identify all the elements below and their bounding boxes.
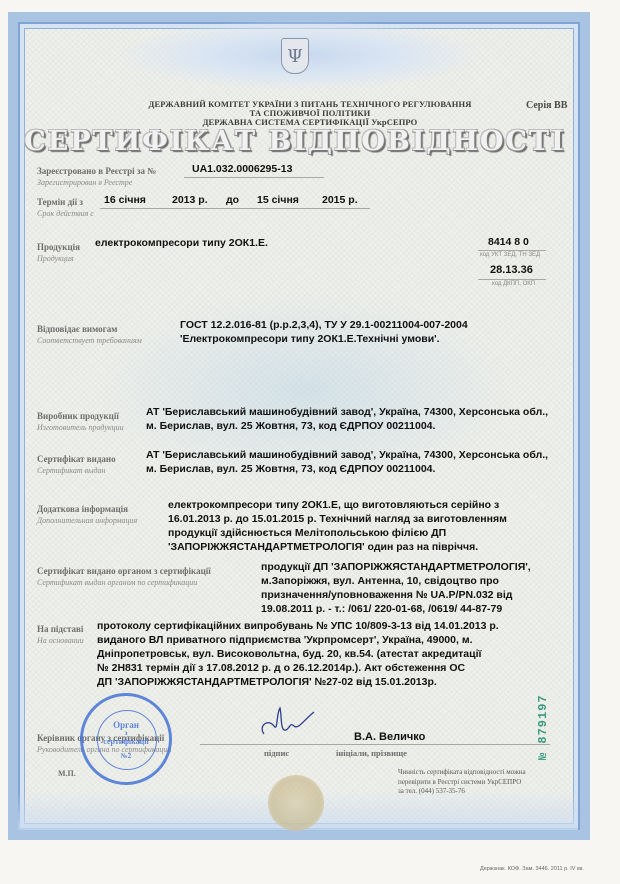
signature-label: підпис [264,748,289,758]
stamp-text: сертифікації [83,737,169,746]
series-label: Серія BB [526,100,567,111]
divider [100,208,370,209]
divider [478,250,546,251]
code-dkpp-label: код ДКПП, ОКП [492,281,535,287]
product-label: Продукція [37,242,80,252]
signature [256,704,316,744]
basis-line: виданого ВЛ приватного підприємства 'Укр… [97,633,473,648]
cert-body-label: Сертифікат видано органом з сертифікації [37,566,211,576]
code-uktzed-label: код УКТ ЗЕД, ТН ЗЕД [480,252,540,258]
additional-info-label: Додаткова інформація [37,504,128,514]
divider [184,177,324,178]
cert-body-line: призначення/уповноваження № UA.P/PN.032 … [261,588,512,603]
basis-line: протоколу сертифікаційних випробувань № … [97,619,499,634]
basis-line: ДП 'ЗАПОРІЖЖЯСТАНДАРТМЕТРОЛОГІЯ' №27-02 … [97,675,437,690]
requirements-label: Відповідає вимогам [37,324,117,334]
manufacturer-label-ru: Изготовитель продукции [37,423,124,432]
additional-info-label-ru: Дополнительная информация [37,516,137,525]
valid-from-day: 16 січня [104,193,146,208]
stamp-number: №2 [83,752,169,760]
cert-body-line: м.Запоріжжя, вул. Антенна, 10, свідоцтво… [261,574,499,589]
product-value: електрокомпресори типу 2ОК1.Е. [95,236,268,251]
registry-number: UA1.032.0006295-13 [192,162,292,177]
serial-number: № 879197 [536,694,550,760]
stamp-text: з [83,729,169,737]
divider [478,279,546,280]
trident-icon: Ψ [281,38,309,74]
valid-from-year: 2013 р. [172,193,208,208]
requirements-label-ru: Соответствует требованиям [37,336,142,345]
issued-to-line-1: АТ 'Бериславський машинобудівний завод',… [146,448,548,463]
cert-body-line: 19.08.2011 р. - т.: /061/ 220-01-68, /06… [261,602,502,617]
document-title: СЕРТИФІКАТ ВІДПОВІДНОСТІ [0,126,590,157]
additional-info-line: 16.01.2013 р. до 15.01.2015 р. Технічний… [168,512,507,527]
requirements-line-2: 'Електрокомпресори типу 2ОК1.Е.Технічні … [180,332,440,347]
basis-label-ru: На основании [37,636,84,645]
requirements-line-1: ГОСТ 12.2.016-81 (р.р.2,3,4), ТУ У 29.1-… [180,318,468,333]
additional-info-line: продукції здійснюється Мелітопольською ф… [168,526,446,541]
registry-label-ru: Зарегистрирован в Реестре [37,178,132,187]
manufacturer-line-2: м. Берислав, вул. 25 Жовтня, 73, код ЄДР… [146,419,435,434]
basis-label: На підставі [37,624,83,634]
additional-info-line: електрокомпресори типу 2ОК1.Е, що вигото… [168,498,499,513]
basis-line: Дніпропетровськ, вул. Високовольтна, буд… [97,647,481,662]
verification-note: Чинність сертифіката відповідності можна… [398,768,526,797]
validity-label: Термін дії з [37,197,83,207]
validity-label-ru: Срок действия с [37,209,94,218]
basis-line: № 2Н831 термін дії з 17.08.2012 р. д о 2… [97,661,465,676]
manufacturer-label: Виробник продукції [37,411,119,421]
seal-place-label: М.П. [58,769,76,778]
cert-body-line: продукції ДП 'ЗАПОРІЖЖЯСТАНДАРТМЕТРОЛОГІ… [261,560,531,575]
manufacturer-line-1: АТ 'Бериславський машинобудівний завод',… [146,405,548,420]
print-info: Держзнак. КОФ. Зам. 3446. 2011 р. IV кв. [480,866,584,872]
note-line: за тел. (044) 537-35-76 [398,787,526,797]
additional-info-line: 'ЗАПОРІЖЖЯСТАНДАРТМЕТРОЛОГІЯ' один раз н… [168,540,478,555]
code-uktzed: 8414 8 0 [488,236,529,248]
code-dkpp: 28.13.36 [490,264,533,276]
signatory-name: В.А. Величко [354,730,425,745]
valid-to-day: 15 січня [257,193,299,208]
note-line: перевірити в Реєстрі системи УкрСЕПРО [398,778,526,788]
note-line: Чинність сертифіката відповідності можна [398,768,526,778]
signatory-name-label: ініціали, прізвище [336,748,407,758]
official-stamp: Орган з сертифікації №2 [80,693,172,785]
cert-body-label-ru: Сертификат выдан органом по сертификации [37,578,197,587]
valid-to-word: до [226,193,239,208]
registry-label: Зареєстровано в Реєстрі за № [37,166,156,176]
product-label-ru: Продукция [37,254,74,263]
issued-to-label: Сертифікат видано [37,454,116,464]
hologram-seal [268,775,324,831]
issued-to-label-ru: Сертификат выдан [37,466,106,475]
issued-to-line-2: м. Берислав, вул. 25 Жовтня, 73, код ЄДР… [146,462,435,477]
valid-to-year: 2015 р. [322,193,358,208]
